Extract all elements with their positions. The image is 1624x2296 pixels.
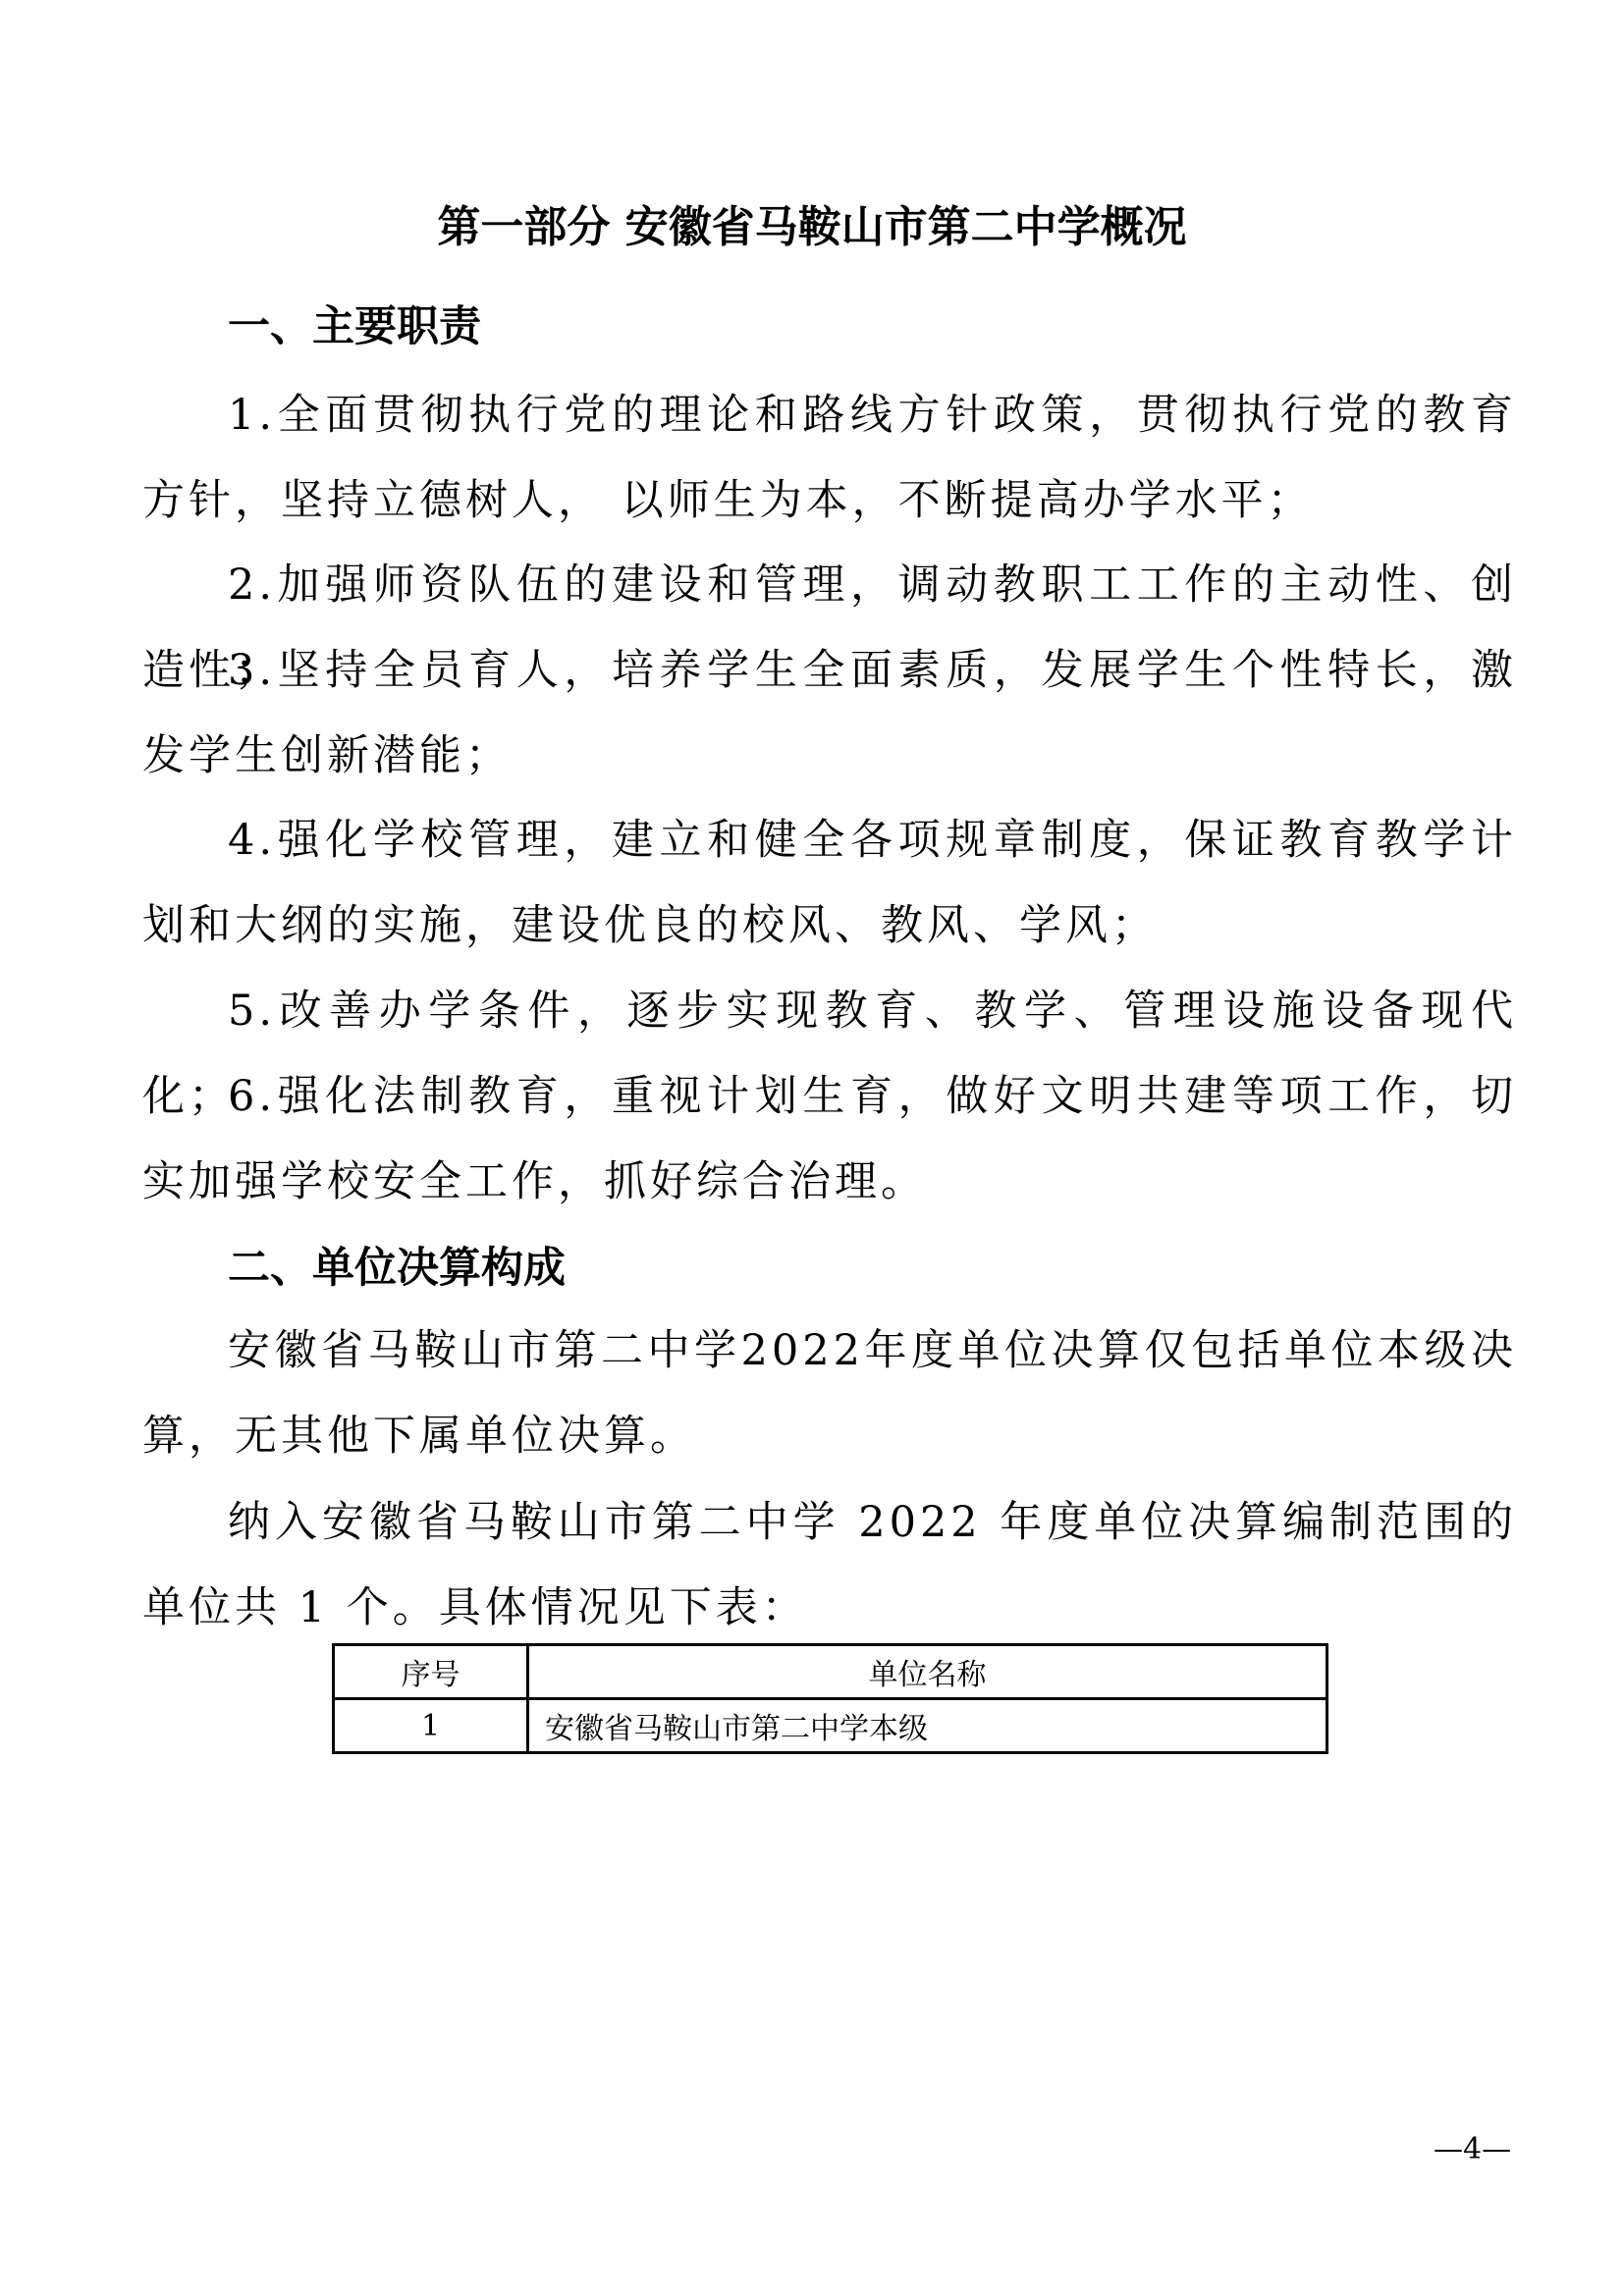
section-heading-main-duties: 一、主要职责 <box>228 297 481 356</box>
table-header-row: 序号 单位名称 <box>334 1645 1327 1699</box>
unit-table: 序号 单位名称 1 安徽省马鞍山市第二中学本级 <box>332 1643 1328 1754</box>
section-heading-budget-composition: 二、单位决算构成 <box>228 1239 566 1298</box>
header-unit-name: 单位名称 <box>528 1645 1327 1699</box>
duty-item-4: 4.强化学校管理，建立和健全各项规章制度，保证教育教学计划和大纲的实施，建设优良… <box>142 798 1517 969</box>
duty-item-1: 1.全面贯彻执行党的理论和路线方针政策，贯彻执行党的教育方针，坚持立德树人， 以… <box>142 373 1517 544</box>
cell-serial-number: 1 <box>334 1699 528 1753</box>
header-serial-number: 序号 <box>334 1645 528 1699</box>
duty-item-6: 6.强化法制教育，重视计划生育，做好文明共建等项工作，切实加强学校安全工作，抓好… <box>142 1054 1517 1225</box>
page-number: —4— <box>1434 2130 1511 2169</box>
composition-paragraph-1: 安徽省马鞍山市第二中学2022年度单位决算仅包括单位本级决算，无其他下属单位决算… <box>142 1308 1517 1479</box>
composition-paragraph-2: 纳入安徽省马鞍山市第二中学 2022 年度单位决算编制范围的单位共 1 个。具体… <box>142 1480 1517 1651</box>
duty-item-3: 3.坚持全员育人，培养学生全面素质，发展学生个性特长，激发学生创新潜能； <box>142 628 1517 799</box>
cell-unit-name: 安徽省马鞍山市第二中学本级 <box>528 1699 1327 1753</box>
page-title: 第一部分 安徽省马鞍山市第二中学概况 <box>0 198 1624 257</box>
table-row: 1 安徽省马鞍山市第二中学本级 <box>334 1699 1327 1753</box>
